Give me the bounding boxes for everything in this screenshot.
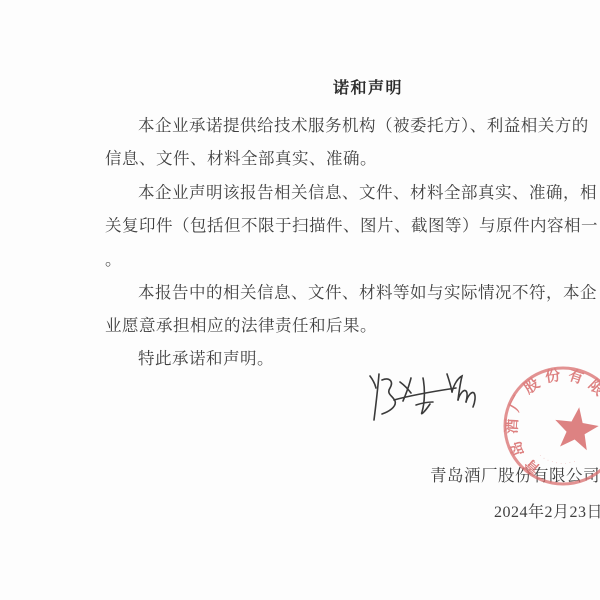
seal-star-icon <box>552 404 600 451</box>
body-line-7: 业愿意承担相应的法律责任和后果。 <box>105 315 377 337</box>
body-line-5: 。 <box>105 249 122 271</box>
document-date: 2024年2月23日 <box>494 499 600 522</box>
document-page: 诺和声明 本企业承诺提供给技术服务机构（被委托方）、利益相关方的 信息、文件、材… <box>0 0 600 600</box>
handwritten-signature <box>348 360 498 455</box>
company-seal-stamp: 青岛酒厂股份有限公司 ········· <box>495 355 600 500</box>
body-line-8: 特此承诺和声明。 <box>138 348 274 370</box>
body-line-4: 关复印件（包括但不限于扫描件、图片、截图等）与原件内容相一 <box>105 215 598 237</box>
body-line-1: 本企业承诺提供给技术服务机构（被委托方）、利益相关方的 <box>138 115 589 137</box>
body-line-3: 本企业声明该报告相关信息、文件、材料全部真实、准确，相 <box>138 182 597 204</box>
body-line-6: 本报告中的相关信息、文件、材料等如与实际情况不符，本企 <box>138 282 597 304</box>
body-line-2: 信息、文件、材料全部真实、准确。 <box>105 148 377 170</box>
seal-serial-marks: ········· <box>537 454 579 467</box>
document-title: 诺和声明 <box>333 75 403 98</box>
